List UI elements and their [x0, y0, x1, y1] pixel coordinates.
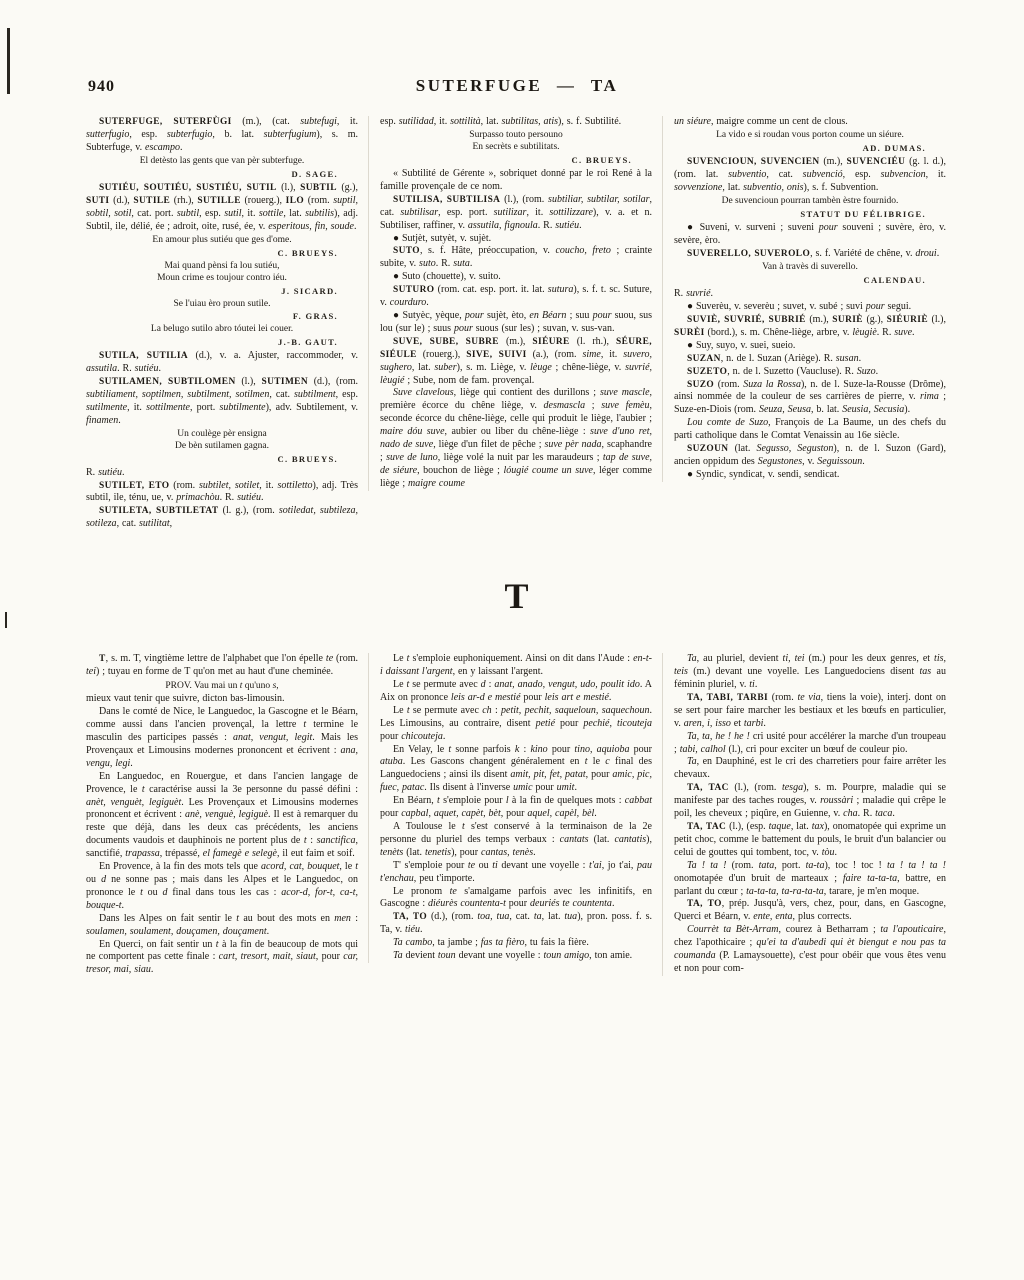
dictionary-paragraph: ● Suy, suyo, v. suei, sueio. [674, 340, 946, 353]
text-column: Le t s'emploie euphoniquement. Ainsi on … [368, 653, 652, 963]
dictionary-paragraph: En Provence, à la fin des mots tels que … [86, 861, 358, 913]
dictionary-paragraph: Suve clavelous, liège qui contient des d… [380, 387, 652, 490]
quote-verse: La vido e si roudan vous porton coume un… [674, 130, 946, 142]
dictionary-paragraph: Le t s'emploie euphoniquement. Ainsi on … [380, 653, 652, 679]
dictionary-paragraph: TA, TO (d.), (rom. toa, tua, cat. ta, la… [380, 911, 652, 937]
dictionary-paragraph: SUVERELLO, SUVEROLO, s. f. Variété de ch… [674, 248, 946, 261]
quote-attribution: J.-B. GAUT. [86, 337, 358, 348]
scan-artifact [5, 612, 7, 628]
page-header: 940 SUTERFUGE — TA [86, 76, 948, 102]
dictionary-paragraph: En Querci, on fait sentir un t à la fin … [86, 939, 358, 978]
dictionary-paragraph: En Béarn, t s'emploie pour l à la fin de… [380, 795, 652, 821]
dictionary-paragraph: Le pronom te s'amalgame parfois avec les… [380, 886, 652, 912]
dictionary-paragraph: Ta, en Dauphiné, est le cri des charreti… [674, 756, 946, 782]
quote-verse: Un coulège pèr ensignaDe bèn sutilamen g… [86, 429, 358, 453]
running-head: SUTERFUGE — TA [86, 76, 948, 96]
quote-attribution: C. BRUEYS. [380, 155, 652, 166]
quote-attribution: F. GRAS. [86, 311, 358, 322]
quote-verse: En amour plus sutiéu que ges d'ome. [86, 235, 358, 247]
dictionary-paragraph: SUZAN, n. de l. Suzan (Ariège). R. susan… [674, 353, 946, 366]
dictionary-paragraph: SUTILETA, SUBTILETAT (l. g.), (rom. soti… [86, 505, 358, 531]
dictionary-paragraph: SUTILET, ETO (rom. subtilet, sotilet, it… [86, 480, 358, 506]
dictionary-paragraph: Dans le comté de Nice, le Languedoc, la … [86, 706, 358, 771]
dictionary-paragraph: SUVENCIOUN, SUVENCIEN (m.), SUVENCIÉU (g… [674, 156, 946, 195]
dictionary-paragraph: Dans les Alpes on fait sentir le t au bo… [86, 913, 358, 939]
quote-verse: La belugo sutilo abro tóutei lei couer. [86, 324, 358, 336]
text-column: SUTERFUGE, SUTERFÙGI (m.), (cat. subtefu… [86, 116, 358, 531]
quote-attribution: C. BRUEYS. [86, 454, 358, 465]
dictionary-paragraph: TA, TAC (l.), (esp. taque, lat. tax), on… [674, 821, 946, 860]
dictionary-paragraph: un siéure, maigre comme un cent de clous… [674, 116, 946, 129]
dictionary-paragraph: A Toulouse le t s'est conservé à la term… [380, 821, 652, 860]
dictionary-paragraph: T, s. m. T, vingtième lettre de l'alphab… [86, 653, 358, 679]
dictionary-paragraph: Ta, au pluriel, devient ti, tei (m.) pou… [674, 653, 946, 692]
dictionary-paragraph: Ta ! ta ! (rom. tata, port. ta-ta), toc … [674, 860, 946, 899]
quote-verse: Se l'uiau èro proun sutile. [86, 299, 358, 311]
dictionary-paragraph: SUTURO (rom. cat. esp. port. it. lat. su… [380, 284, 652, 310]
quote-attribution: D. SAGE. [86, 169, 358, 180]
section-letter-heading: T [86, 575, 948, 617]
dictionary-paragraph: SUZETO, n. de l. Suzetto (Vaucluse). R. … [674, 366, 946, 379]
dictionary-paragraph: Courrèt ta Bèt-Arram, courez à Betharram… [674, 924, 946, 976]
dictionary-paragraph: « Subtilité de Gérente », sobriquet donn… [380, 168, 652, 194]
page-number: 940 [88, 78, 115, 96]
quote-verse: Surpasso touto persounoEn secrèts e subt… [380, 130, 652, 154]
dictionary-paragraph: SUTO, s. f. Hâte, préoccupation, v. couc… [380, 245, 652, 271]
dictionary-page-scan: 940 SUTERFUGE — TA SUTERFUGE, SUTERFÙGI … [0, 0, 1024, 1280]
dictionary-paragraph: R. suvrié. [674, 288, 946, 301]
page-content: 940 SUTERFUGE — TA SUTERFUGE, SUTERFÙGI … [86, 76, 948, 977]
quote-attribution: CALENDAU. [674, 275, 946, 286]
dictionary-paragraph: TA, TABI, TARBI (rom. te via, tiens la v… [674, 692, 946, 731]
bottom-section: T, s. m. T, vingtième lettre de l'alphab… [86, 653, 948, 977]
dictionary-paragraph: Le t se permute avec d : anat, anado, ve… [380, 679, 652, 705]
dictionary-paragraph: SUVIÈ, SUVRIÉ, SUBRIÉ (m.), SURIÈ (g.), … [674, 314, 946, 340]
text-column: un siéure, maigre comme un cent de clous… [662, 116, 946, 482]
dictionary-paragraph: esp. sutilidad, it. sottilità, lat. subt… [380, 116, 652, 129]
dictionary-paragraph: En Languedoc, en Rouergue, et dans l'anc… [86, 771, 358, 861]
dictionary-paragraph: ● Sutyèc, yèque, pour sujèt, èto, en Béa… [380, 310, 652, 336]
dictionary-paragraph: T' s'emploie pour te ou ti devant une vo… [380, 860, 652, 886]
quote-verse: Van à travès di suverello. [674, 262, 946, 274]
quote-verse: Mai quand pènsi fa lou sutiéu,Moun crime… [86, 261, 358, 285]
dictionary-paragraph: Ta, ta, he ! he ! cri usité pour accélér… [674, 731, 946, 757]
quote-attribution: STATUT DU FÉLIBRIGE. [674, 209, 946, 220]
quote-attribution: J. SICARD. [86, 286, 358, 297]
dictionary-paragraph: SUTILA, SUTILIA (d.), v. a. Ajuster, rac… [86, 350, 358, 376]
scan-artifact [7, 28, 10, 94]
dictionary-paragraph: SUTILISA, SUBTILISA (l.), (rom. subtilia… [380, 194, 652, 233]
dictionary-paragraph: Ta devient toun devant une voyelle : tou… [380, 950, 652, 963]
dictionary-paragraph: TA, TAC (l.), (rom. tesga), s. m. Pourpr… [674, 782, 946, 821]
dictionary-paragraph: Le t se permute avec ch : petit, pechit,… [380, 705, 652, 744]
dictionary-paragraph: ● Suveni, v. surveni ; suveni pour souve… [674, 222, 946, 248]
dictionary-paragraph: SUTILAMEN, SUBTILOMEN (l.), SUTIMEN (d.)… [86, 376, 358, 428]
dictionary-paragraph: ● Sutjèt, sutyèt, v. sujèt. [380, 233, 652, 246]
quote-attribution: AD. DUMAS. [674, 143, 946, 154]
dictionary-paragraph: ● Syndic, syndicat, v. sendi, sendicat. [674, 469, 946, 482]
text-column: Ta, au pluriel, devient ti, tei (m.) pou… [662, 653, 946, 976]
dictionary-paragraph: SUTIÉU, SOUTIÉU, SUSTIÉU, SUTIL (l.), SU… [86, 182, 358, 234]
quote-verse: El detèsto las gents que van pèr subterf… [86, 156, 358, 168]
text-column: esp. sutilidad, it. sottilità, lat. subt… [368, 116, 652, 491]
dictionary-paragraph: Lou comte de Suzo, François de La Baume,… [674, 417, 946, 443]
dictionary-paragraph: En Velay, le t sonne parfois k : kino po… [380, 744, 652, 796]
dictionary-paragraph: ● Suverèu, v. severèu ; suvet, v. subé ;… [674, 301, 946, 314]
quote-verse: De suvencioun pourran tambèn èstre fourn… [674, 196, 946, 208]
dictionary-paragraph: ● Suto (chouette), v. suito. [380, 271, 652, 284]
dictionary-paragraph: SUVE, SUBE, SUBRE (m.), SIÉURE (l. rh.),… [380, 336, 652, 388]
dictionary-paragraph: TA, TO, prép. Jusqu'à, vers, chez, pour,… [674, 898, 946, 924]
dictionary-paragraph: mieux vaut tenir que suivre, dicton bas-… [86, 693, 358, 706]
top-section: SUTERFUGE, SUTERFÙGI (m.), (cat. subtefu… [86, 116, 948, 531]
dictionary-paragraph: R. sutiéu. [86, 467, 358, 480]
dictionary-paragraph: SUZO (rom. Suza la Rossa), n. de l. Suze… [674, 379, 946, 418]
quote-verse: PROV. Vau mai un t qu'uno s, [86, 681, 358, 693]
dictionary-paragraph: Ta cambo, ta jambe ; fas ta fièro, tu fa… [380, 937, 652, 950]
dictionary-paragraph: SUZOUN (lat. Segusso, Seguston), n. de l… [674, 443, 946, 469]
dictionary-paragraph: SUTERFUGE, SUTERFÙGI (m.), (cat. subtefu… [86, 116, 358, 155]
text-column: T, s. m. T, vingtième lettre de l'alphab… [86, 653, 358, 977]
quote-attribution: C. BRUEYS. [86, 248, 358, 259]
